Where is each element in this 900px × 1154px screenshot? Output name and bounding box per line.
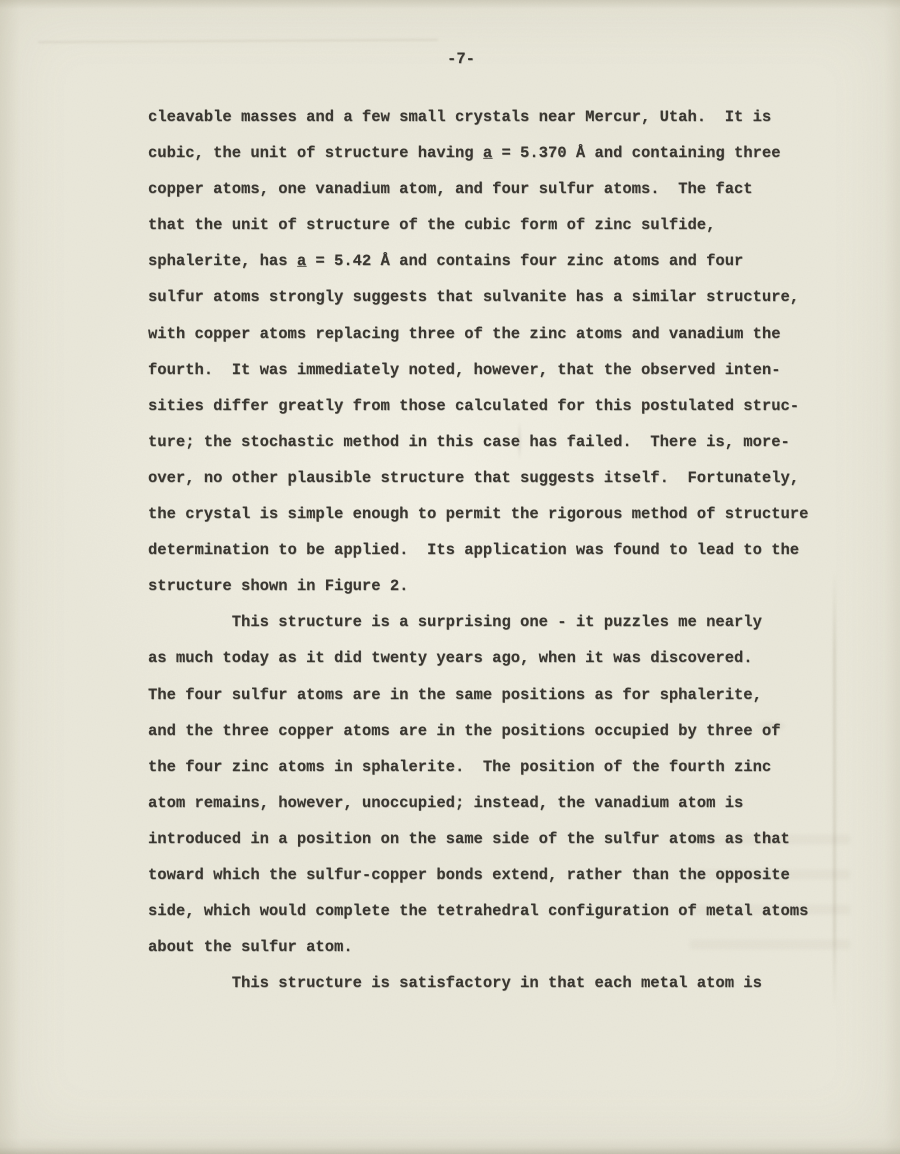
paper-crease-horizontal (38, 39, 438, 43)
text-line: as much today as it did twenty years ago… (148, 640, 848, 676)
text-line: introduced in a position on the same sid… (148, 821, 848, 857)
text-line: determination to be applied. Its applica… (148, 532, 848, 568)
text-line: cleavable masses and a few small crystal… (148, 99, 848, 135)
text-line: the crystal is simple enough to permit t… (148, 496, 848, 532)
page-number: -7- (411, 50, 511, 68)
scanned-document-page: -7- cleavable masses and a few small cry… (0, 0, 900, 1154)
typewritten-text-block: cleavable masses and a few small crystal… (148, 99, 848, 1001)
text-line: sphalerite, has a̲ = 5.42 Å and contains… (148, 243, 848, 279)
text-line: The four sulfur atoms are in the same po… (148, 677, 848, 713)
text-line: structure shown in Figure 2. (148, 568, 848, 604)
text-line: toward which the sulfur-copper bonds ext… (148, 857, 848, 893)
text-line: over, no other plausible structure that … (148, 460, 848, 496)
text-line: This structure is satisfactory in that e… (148, 965, 848, 1001)
text-line: with copper atoms replacing three of the… (148, 316, 848, 352)
text-line: cubic, the unit of structure having a̲ =… (148, 135, 848, 171)
text-line: copper atoms, one vanadium atom, and fou… (148, 171, 848, 207)
text-line: fourth. It was immediately noted, howeve… (148, 352, 848, 388)
text-line: ture; the stochastic method in this case… (148, 424, 848, 460)
text-line: about the sulfur atom. (148, 929, 848, 965)
text-line: This structure is a surprising one - it … (148, 604, 848, 640)
text-line: atom remains, however, unoccupied; inste… (148, 785, 848, 821)
text-line: sities differ greatly from those calcula… (148, 388, 848, 424)
text-line: and the three copper atoms are in the po… (148, 713, 848, 749)
text-line: side, which would complete the tetrahedr… (148, 893, 848, 929)
text-line: the four zinc atoms in sphalerite. The p… (148, 749, 848, 785)
text-line: sulfur atoms strongly suggests that sulv… (148, 279, 848, 315)
text-line: that the unit of structure of the cubic … (148, 207, 848, 243)
